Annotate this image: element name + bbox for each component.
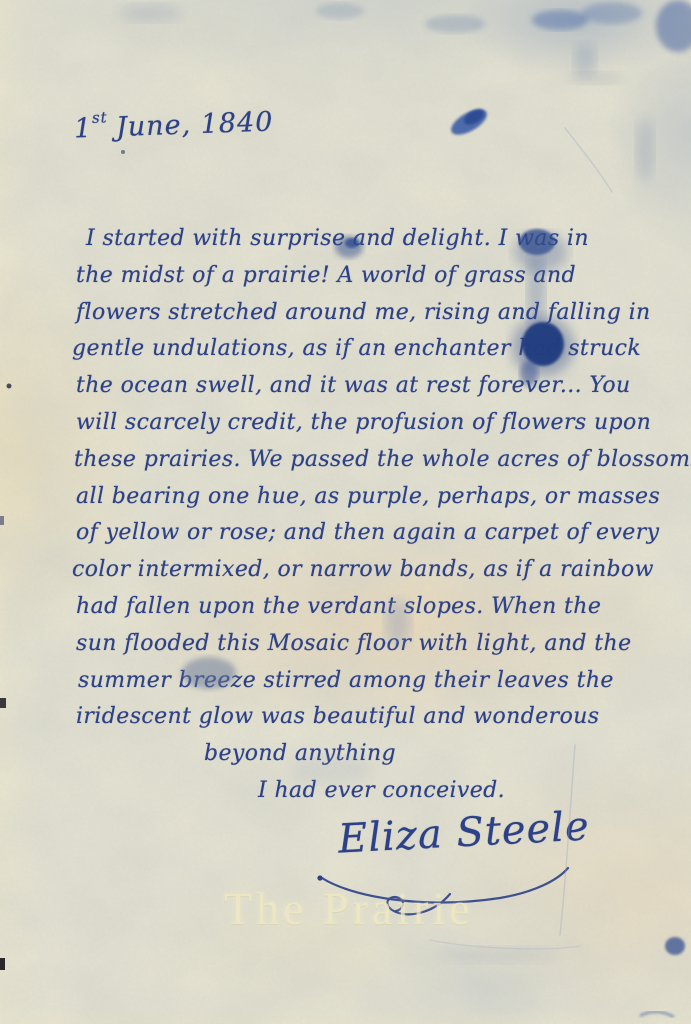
body-line: I started with surprise and delight. I w…	[86, 221, 691, 258]
date-ordinal: st	[92, 108, 108, 127]
body-line: the midst of a prairie! A world of grass…	[76, 258, 691, 295]
body-line: gentle undulations, as if an enchanter h…	[72, 331, 691, 368]
closing-line: beyond anything	[204, 736, 691, 773]
letter-body: I started with surprise and delight. I w…	[0, 221, 691, 810]
ink-blot-date	[447, 104, 491, 140]
letter-date: 1stJune, 1840	[73, 103, 273, 145]
closing-line: I had ever conceived.	[258, 773, 691, 810]
date-rest: June, 1840	[115, 107, 273, 143]
signature-ink-dot	[317, 875, 322, 880]
body-line: will scarcely credit, the profusion of f…	[76, 405, 691, 442]
signature: Eliza Steele	[337, 803, 591, 862]
letter-page: 1stJune, 1840 I started with surprise an…	[0, 0, 691, 1024]
body-line: flowers stretched around me, rising and …	[76, 295, 691, 332]
body-line: summer breeze stirred among their leaves…	[78, 663, 691, 700]
body-line: all bearing one hue, as purple, perhaps,…	[76, 479, 691, 516]
watermark-title: The Prairie	[224, 882, 474, 935]
body-line: color intermixed, or narrow bands, as if…	[72, 552, 691, 589]
body-line: had fallen upon the verdant slopes. When…	[76, 589, 691, 626]
body-line: sun flooded this Mosaic floor with light…	[76, 626, 691, 663]
body-line: iridescent glow was beautiful and wonder…	[76, 699, 691, 736]
bottom-right-marks	[440, 937, 685, 1017]
body-line: the ocean swell, and it was at rest fore…	[76, 368, 691, 405]
top-edge-smudges	[118, 0, 691, 182]
body-line: these prairies. We passed the whole acre…	[74, 442, 691, 479]
body-line: of yellow or rose; and then again a carp…	[76, 515, 691, 552]
date-day: 1	[74, 113, 93, 145]
